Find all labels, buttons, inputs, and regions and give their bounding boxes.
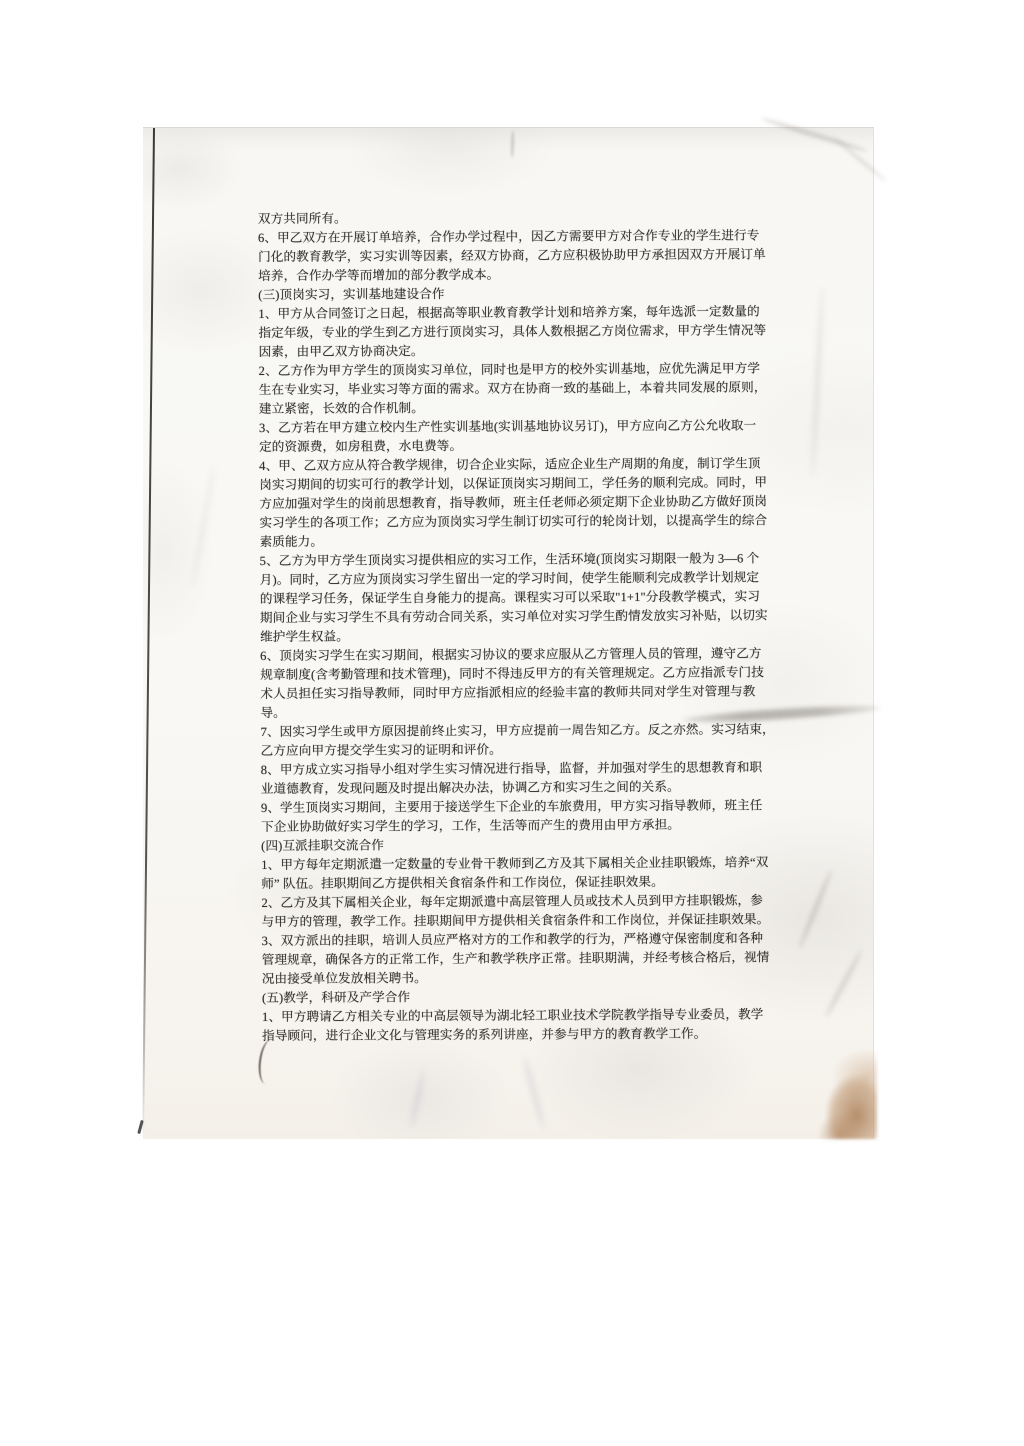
text-line: 管理规章，确保各方的正常工作，生产和教学秩序正常。挂职期满，并经考核合格后，视情 <box>262 948 782 970</box>
text-line: 8、甲方成立实习指导小组对学生实习情况进行指导，监督，并加强对学生的思想教育和职 <box>261 758 781 780</box>
text-line: 门化的教育教学，实习实训等因素，经双方协商，乙方应积极协助甲方承担因双方开展订单 <box>258 245 778 267</box>
text-line: 指定年级，专业的学生到乙方进行顶岗实习，具体人数根据乙方岗位需求，甲方学生情况等 <box>258 321 778 343</box>
text-line: 7、因实习学生或甲方原因提前终止实习，甲方应提前一周告知乙方。反之亦然。实习结束… <box>260 720 780 742</box>
crease-mark <box>797 868 834 950</box>
text-line: 生在专业实习，毕业实习等方面的需求。双方在协商一致的基础上，本着共同发展的原则， <box>259 378 779 400</box>
crease-mark <box>810 286 825 478</box>
crease-mark <box>761 117 869 154</box>
text-line: 1、甲方每年定期派遣一定数量的专业骨干教师到乙方及其下属相关企业挂职锻炼，培养“… <box>261 853 781 875</box>
crease-mark <box>409 1070 426 1128</box>
scan-edge-line <box>142 128 155 1139</box>
corner-stain <box>809 1041 877 1139</box>
text-line: 指导顾问，进行企业文化与管理实务的系列讲座，并参与甲方的教育教学工作。 <box>262 1024 782 1046</box>
paper-sheet: 双方共同所有。6、甲乙双方在开展订单培养，合作办学过程中，因乙方需要甲方对合作专… <box>143 127 874 1139</box>
crease-mark <box>823 949 863 1018</box>
text-line: 9、学生顶岗实习期间，主要用于接送学生下企业的车旅费用，甲方实习指导教师，班主任 <box>261 796 781 818</box>
scanned-document-page: 双方共同所有。6、甲乙双方在开展订单培养，合作办学过程中，因乙方需要甲方对合作专… <box>0 0 1024 1446</box>
crease-mark <box>190 467 215 590</box>
crease-mark <box>522 1056 547 1129</box>
text-line: 术人员担任实习指导教师，同时甲方应指派相应的经验丰富的教师共同对学生对管理与教 <box>260 682 780 704</box>
text-line: 实习学生的各项工作；乙方应为顶岗实习学生制订切实可行的轮岗计划，以提高学生的综合 <box>259 511 779 533</box>
text-line: 3、乙方若在甲方建立校内生产性实训基地(实训基地协议另订)，甲方应向乙方公允收取… <box>259 416 779 438</box>
text-line: 期间企业与实习学生不具有劳动合同关系，实习单位对实习学生酌情发放实习补贴，以切实 <box>260 606 780 628</box>
crease-mark <box>833 136 887 182</box>
crease-mark <box>511 130 515 158</box>
document-text-block: 双方共同所有。6、甲乙双方在开展订单培养，合作办学过程中，因乙方需要甲方对合作专… <box>258 207 782 1046</box>
